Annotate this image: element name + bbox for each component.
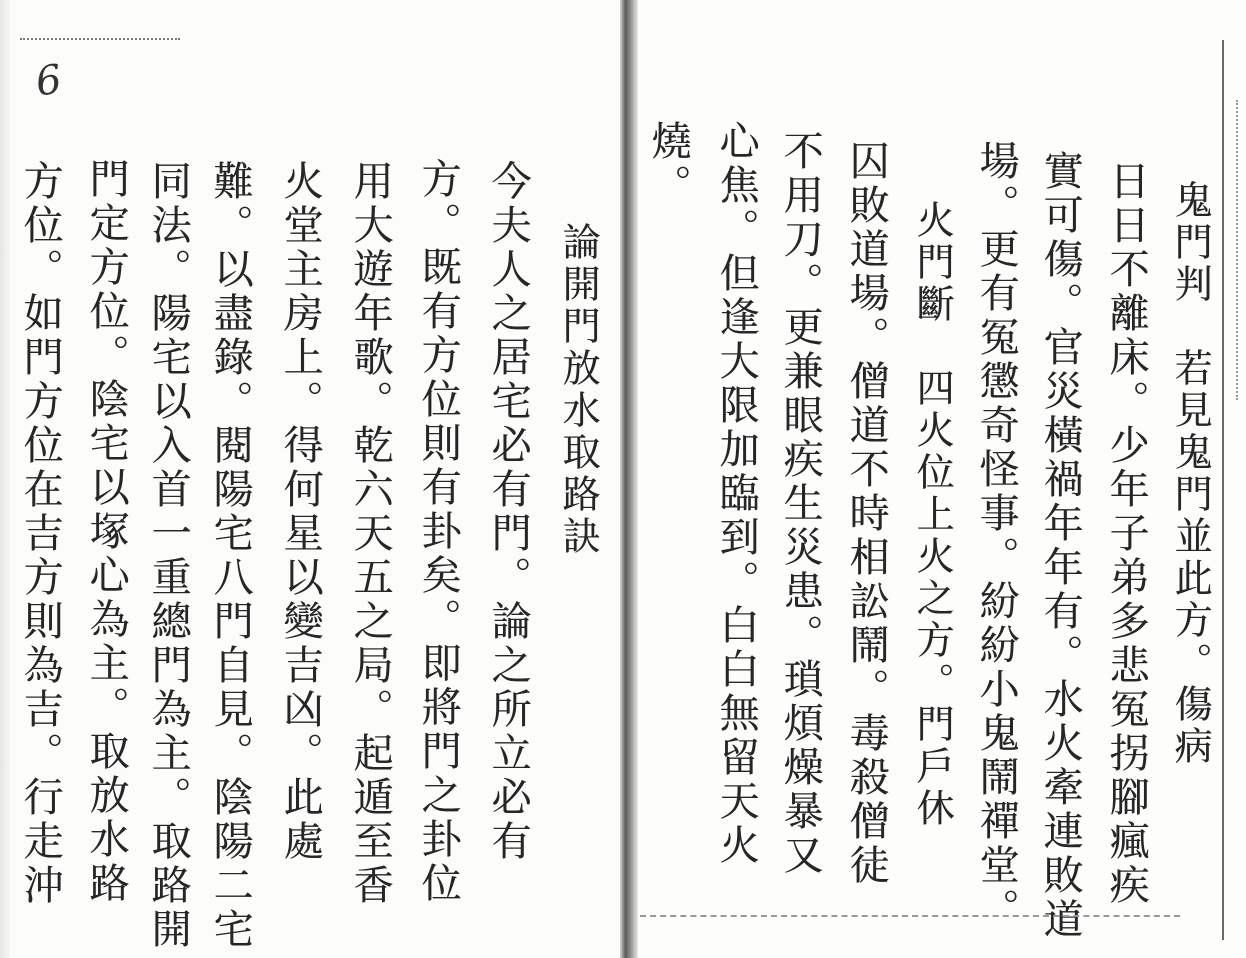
text-column: 日日不離床。少年子弟多悲冤拐腳瘋疾 — [1096, 160, 1156, 908]
text-column: 方位。如門方位在吉方則為吉。行走沖 — [10, 160, 70, 908]
page-number: 6 — [33, 56, 65, 105]
page-edge — [0, 0, 10, 958]
scan-noise-top — [20, 38, 180, 42]
text-column: 用大遊年歌。乾六天五之局。起遁至香 — [340, 160, 400, 908]
right-page: 鬼門判 若見鬼門並此方。傷病 日日不離床。少年子弟多悲冤拐腳瘋疾 實可傷。官災橫… — [626, 0, 1246, 958]
section-title-ghost-door: 鬼門判 若見鬼門並此方。傷病 — [1160, 180, 1220, 768]
text-column: 實可傷。官災橫禍年年有。水火牽連敗道 — [1030, 150, 1090, 942]
text-column: 難。以盡錄。閱陽宅八門自見。陰陽二宅 — [200, 160, 260, 952]
page-frame-line — [1222, 40, 1224, 940]
book-gutter — [620, 0, 638, 958]
text-column: 門定方位。陰宅以塚心為主。取放水路 — [76, 158, 136, 906]
section-title-fire-door: 火門斷 四火位上火之方。門戶休 — [902, 200, 962, 830]
section-title-open-door: 論開門放水取路訣 — [548, 222, 608, 558]
text-column: 心焦。但逢大限加臨到。白白無留天火 — [706, 120, 766, 868]
text-column: 囚敗道場。僧道不時相訟鬧。毒殺僧徒 — [836, 140, 896, 888]
text-column: 同法。陽宅以入首一重總門為主。取路開 — [138, 160, 198, 952]
left-page: 6 論開門放水取路訣 今夫人之居宅必有門。論之所立必有 方。既有方位則有卦矣。即… — [0, 0, 626, 958]
text-column: 燒。 — [638, 120, 698, 208]
text-column: 今夫人之居宅必有門。論之所立必有 — [478, 160, 538, 864]
text-column: 火堂主房上。得何星以變吉凶。此處 — [270, 160, 330, 864]
page-bottom-rule — [640, 915, 1180, 917]
text-column: 方。既有方位則有卦矣。即將門之卦位 — [408, 158, 468, 906]
text-column: 不用刀。更兼眼疾生災患。瑣煩燥暴又 — [770, 130, 830, 878]
text-column: 場。更有冤懲奇怪事。紛紛小鬼鬧禪堂。 — [966, 140, 1026, 932]
page-frame-dotted — [1236, 100, 1238, 400]
